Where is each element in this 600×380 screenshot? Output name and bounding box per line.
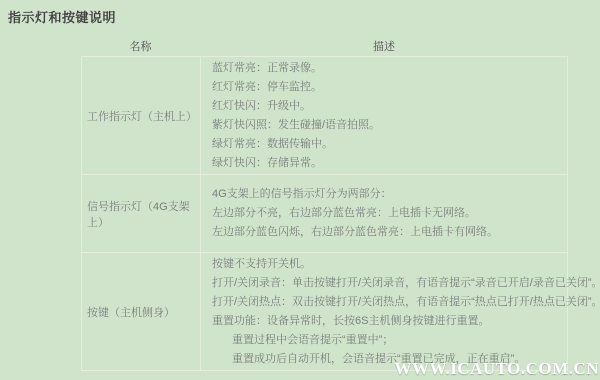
description-line: 紫灯快闪照：发生碰撞/语音拍照。 [212,116,561,135]
description-line: 打开/关闭热点：双击按键打开/关闭热点，有语音提示“热点已打开/热点已关闭”。 [212,293,600,312]
row-name-cell: 信号指示灯（4G支架上） [82,175,201,252]
row-description-cell: 蓝灯常亮：正常录像。红灯常亮：停车监控。红灯快闪：升级中。紫灯快闪照：发生碰撞/… [201,57,567,174]
description-line: 左边部分不亮，右边部分蓝色常亮：上电插卡无网络。 [212,204,561,223]
table-row: 按键（主机侧身）按键不支持开关机。打开/关闭录音：单击按键打开/关闭录音，有语音… [82,252,567,370]
page-title: 指示灯和按键说明 [8,7,116,26]
row-name-cell: 按键（主机侧身） [82,253,201,370]
table-body: 工作指示灯（主机上）蓝灯常亮：正常录像。红灯常亮：停车监控。红灯快闪：升级中。紫… [81,56,568,371]
page: { "page": { "title": "指示灯和按键说明", "waterm… [0,0,600,380]
description-line: 按键不支持开关机。 [212,255,600,274]
indicator-button-table: 名称 描述 工作指示灯（主机上）蓝灯常亮：正常录像。红灯常亮：停车监控。红灯快闪… [81,38,568,371]
description-line: 4G支架上的信号指示灯分为两部分： [212,185,561,204]
table-row: 工作指示灯（主机上）蓝灯常亮：正常录像。红灯常亮：停车监控。红灯快闪：升级中。紫… [82,57,567,174]
description-line: 红灯常亮：停车监控。 [212,78,561,97]
description-line: 打开/关闭录音：单击按键打开/关闭录音，有语音提示“录音已开启/录音已关闭”。 [212,274,600,293]
description-line: 绿灯快闪：存储异常。 [212,154,561,173]
row-description-cell: 4G支架上的信号指示灯分为两部分：左边部分不亮，右边部分蓝色常亮：上电插卡无网络… [201,175,567,252]
description-line: 红灯快闪：升级中。 [212,97,561,116]
column-header-name: 名称 [81,38,200,56]
description-line: 绿灯常亮：数据传输中。 [212,135,561,154]
description-line: 左边部分蓝色闪烁，右边部分蓝色常亮：上电插卡有网络。 [212,223,561,242]
watermark: WWW.ICAUTO.COM.CN [395,359,600,379]
description-line: 重置过程中会语音提示“重置中”； [212,331,600,350]
description-line: 蓝灯常亮：正常录像。 [212,59,561,78]
row-name-cell: 工作指示灯（主机上） [82,57,201,174]
row-description-cell: 按键不支持开关机。打开/关闭录音：单击按键打开/关闭录音，有语音提示“录音已开启… [201,253,600,370]
table-header-row: 名称 描述 [81,38,568,56]
table-row: 信号指示灯（4G支架上）4G支架上的信号指示灯分为两部分：左边部分不亮，右边部分… [82,174,567,252]
column-header-description: 描述 [200,38,568,56]
description-line: 重置功能：设备异常时，长按6S主机侧身按键进行重置。 [212,312,600,331]
